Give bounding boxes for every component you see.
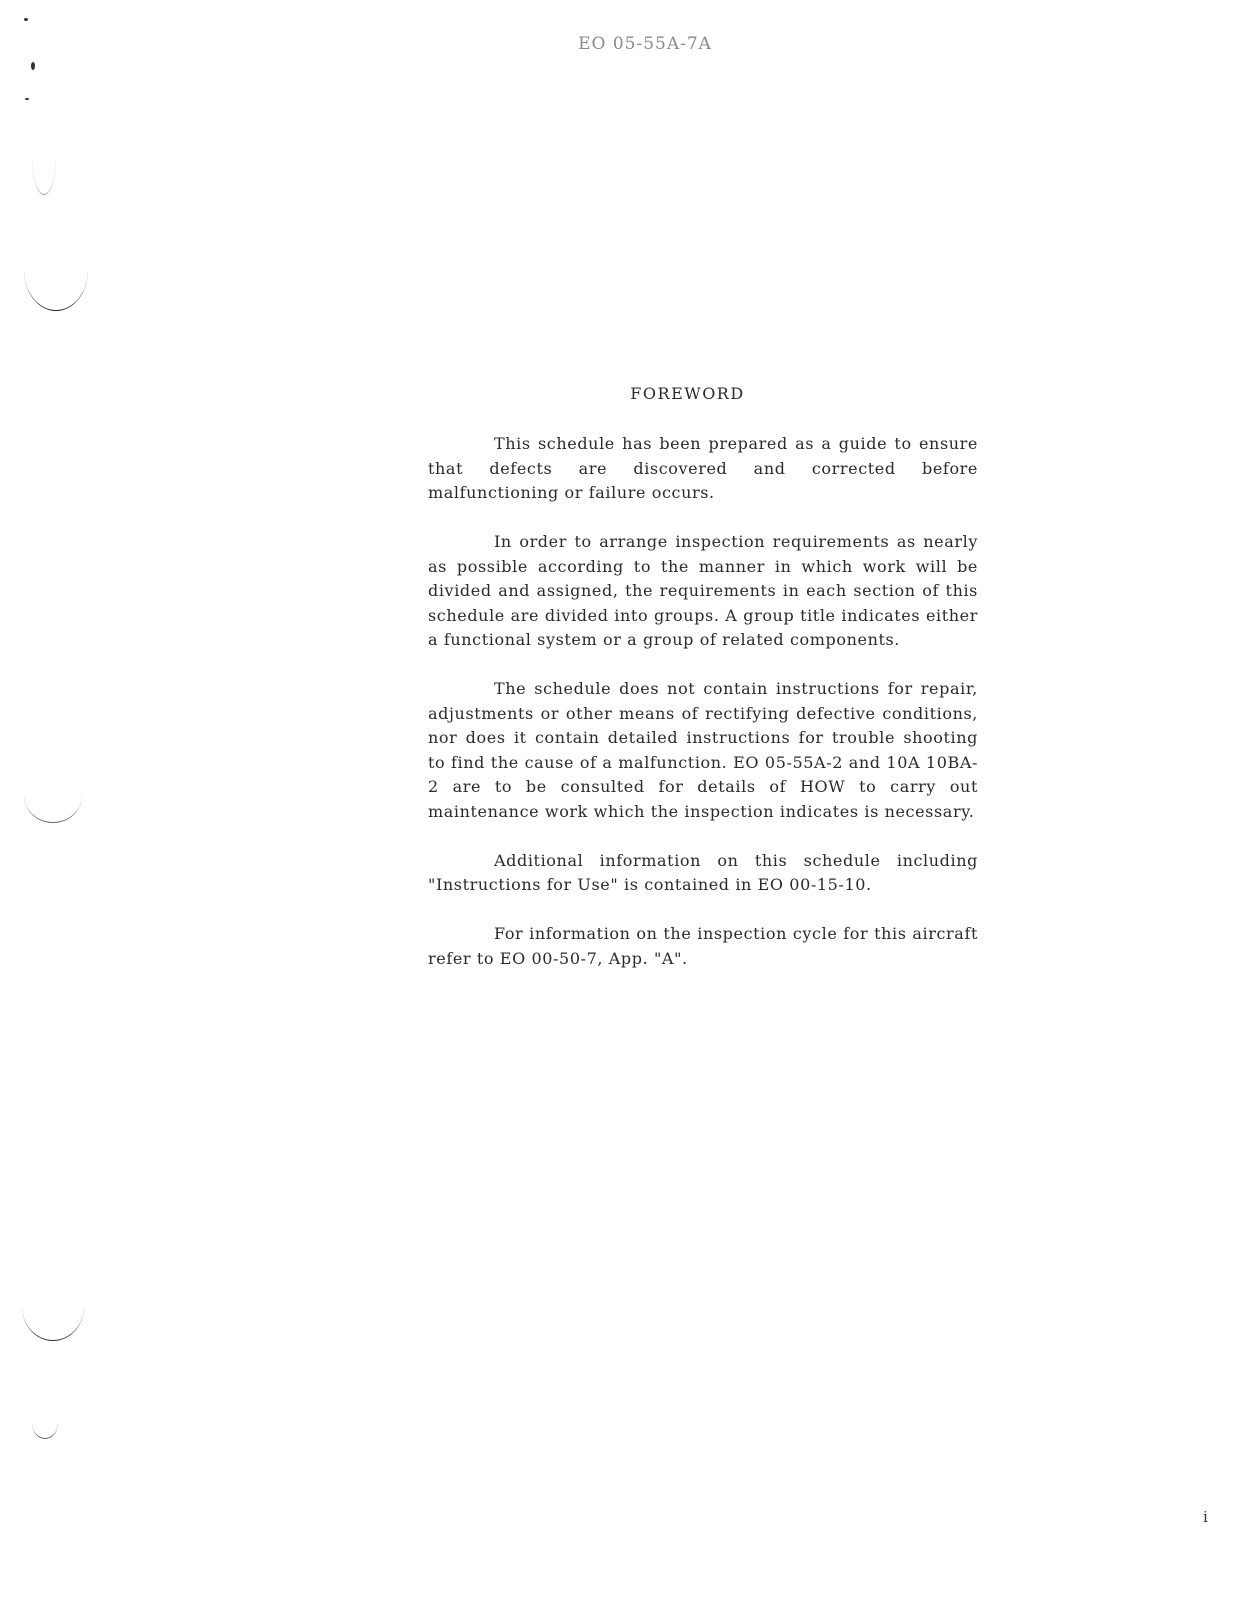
scan-speck: [31, 62, 35, 70]
page-title: FOREWORD: [0, 384, 1240, 403]
paragraph-additional-info: Additional information on this schedule …: [428, 849, 978, 898]
binder-hole-mark: [32, 150, 56, 195]
page-number: i: [1203, 1508, 1208, 1526]
binder-hole-mark: [32, 1420, 58, 1439]
paragraph-inspection-cycle: For information on the inspection cycle …: [428, 922, 978, 971]
scan-speck: [25, 98, 29, 100]
paragraph-purpose: This schedule has been prepared as a gui…: [428, 432, 978, 506]
binder-hole-mark: [24, 262, 88, 311]
paragraph-scope: The schedule does not contain instructio…: [428, 677, 978, 824]
scan-speck: [24, 18, 28, 21]
binder-hole-mark: [24, 790, 82, 823]
foreword-body: This schedule has been prepared as a gui…: [428, 432, 978, 996]
document-number-header: EO 05-55A-7A: [0, 34, 1240, 54]
binder-hole-mark: [22, 1300, 84, 1341]
paragraph-grouping: In order to arrange inspection requireme…: [428, 530, 978, 653]
